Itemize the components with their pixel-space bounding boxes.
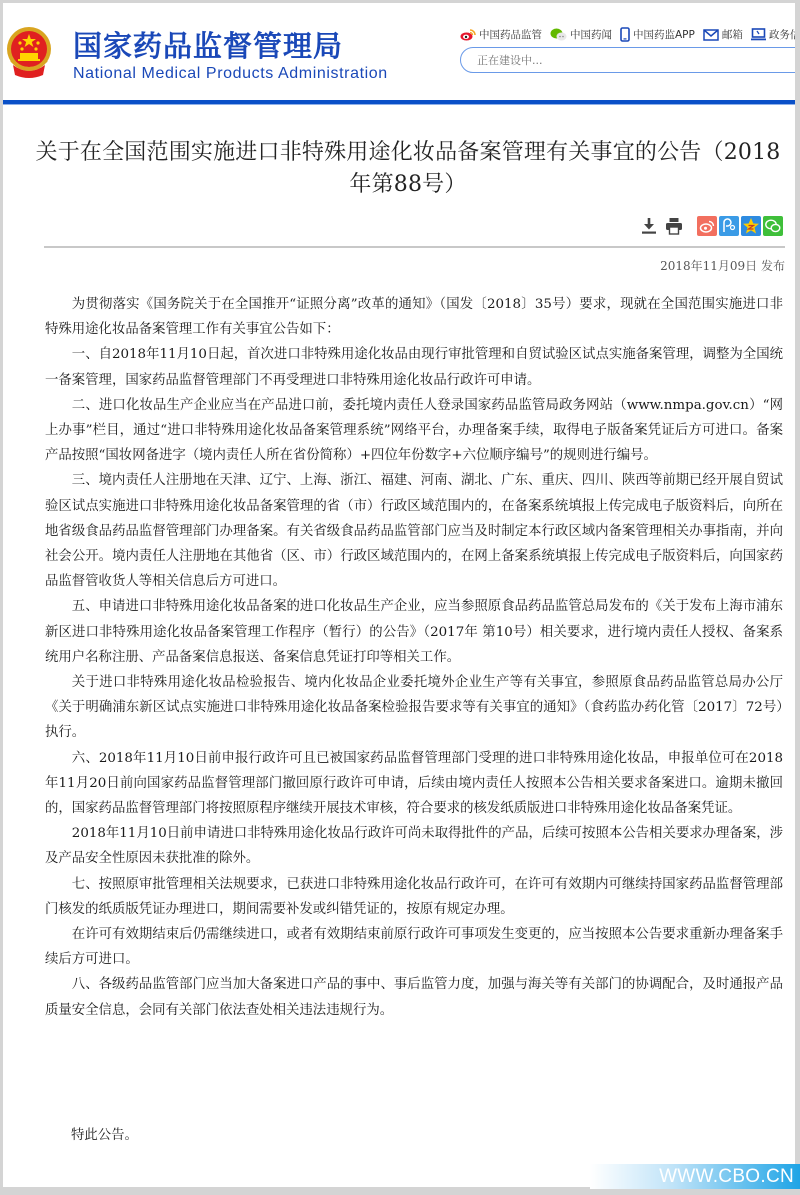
wechat-icon [765,219,781,233]
paragraph: 关于进口非特殊用途化妆品检验报告、境内化妆品企业委托境外企业生产等有关事宜，参照… [45,670,783,746]
paragraph: 五、申请进口非特殊用途化妆品备案的进口化妆品生产企业，应当参照原食品药品监管总局… [45,594,783,670]
toplink-wechat[interactable]: 中国药闻 [550,27,612,42]
weibo-icon [460,28,476,41]
mail-icon [703,29,719,41]
paragraph: 在许可有效期结束后仍需继续进口，或者有效期结束前原行政许可事项发生变更的，应当按… [45,922,783,972]
toplink-label: 中国药监APP [633,27,695,42]
qzone-star-icon [742,217,760,235]
paragraph: 三、境内责任人注册地在天津、辽宁、上海、浙江、福建、河南、湖北、广东、重庆、四川… [45,468,783,594]
toplink-app[interactable]: 中国药监APP [620,27,695,42]
article-title: 关于在全国范围实施进口非特殊用途化妆品备案管理有关事宜的公告（2018年第88号… [31,137,785,201]
weibo-icon [699,219,715,233]
paragraph: 二、进口化妆品生产企业应当在产品进口前，委托境内责任人登录国家药品监管局政务网站… [45,393,783,469]
paragraph: 为贯彻落实《国务院关于在全国推开“证照分离”改革的通知》（国发〔2018〕35号… [45,292,783,342]
site-logo-chinese[interactable]: 国家药品监督管理局 [73,29,343,63]
national-emblem-logo [5,25,53,81]
closing-statement: 特此公告。 [71,1124,138,1143]
publish-date: 2018年11月09日 发布 [660,257,785,274]
search-input[interactable] [460,47,795,73]
paragraph: 七、按照原审批管理相关法规要求，已获进口非特殊用途化妆品行政许可，在许可有效期内… [45,872,783,922]
top-links: 中国药品监管 中国药闻 中国药监APP [460,27,795,42]
download-icon[interactable] [641,217,657,235]
title-divider [44,246,785,248]
toplink-mail[interactable]: 邮箱 [703,27,743,42]
share-weibo-button[interactable] [697,216,717,236]
share-qzone-button[interactable] [741,216,761,236]
article-tools [641,216,783,236]
toplink-label: 中国药闻 [570,27,612,42]
share-wechat-button[interactable] [763,216,783,236]
toplink-label: 政务信息 [769,27,795,42]
toplink-label: 中国药品监管 [479,27,542,42]
paragraph: 2018年11月10日前申请进口非特殊用途化妆品行政许可尚未取得批件的产品，后续… [45,821,783,871]
source-watermark: WWW.CBO.CN [590,1164,800,1189]
toplink-weibo[interactable]: 中国药品监管 [460,27,542,42]
article-body: 为贯彻落实《国务院关于在全国推开“证照分离”改革的通知》（国发〔2018〕35号… [45,292,783,1023]
toplink-label: 邮箱 [722,27,743,42]
paragraph: 六、2018年11月10日前申报行政许可且已被国家药品监督管理部门受理的进口非特… [45,746,783,822]
site-header: 国家药品监督管理局 National Medical Products Admi… [3,3,795,100]
site-logo-english[interactable]: National Medical Products Administration [73,65,388,83]
mobile-icon [620,27,630,42]
paragraph: 一、自2018年11月10日起，首次进口非特殊用途化妆品由现行审批管理和自贸试验… [45,342,783,392]
qq-space-icon [721,218,737,234]
wechat-icon [550,28,567,41]
share-qq-button[interactable] [719,216,739,236]
paragraph: 八、各级药品监管部门应当加大备案进口产品的事中、事后监管力度，加强与海关等有关部… [45,972,783,1022]
header-divider-bar [3,100,795,105]
print-icon[interactable] [665,217,683,235]
toplink-gov-info[interactable]: 政务信息 [751,27,795,42]
monitor-icon [751,28,766,41]
page: 国家药品监督管理局 National Medical Products Admi… [3,3,795,1187]
